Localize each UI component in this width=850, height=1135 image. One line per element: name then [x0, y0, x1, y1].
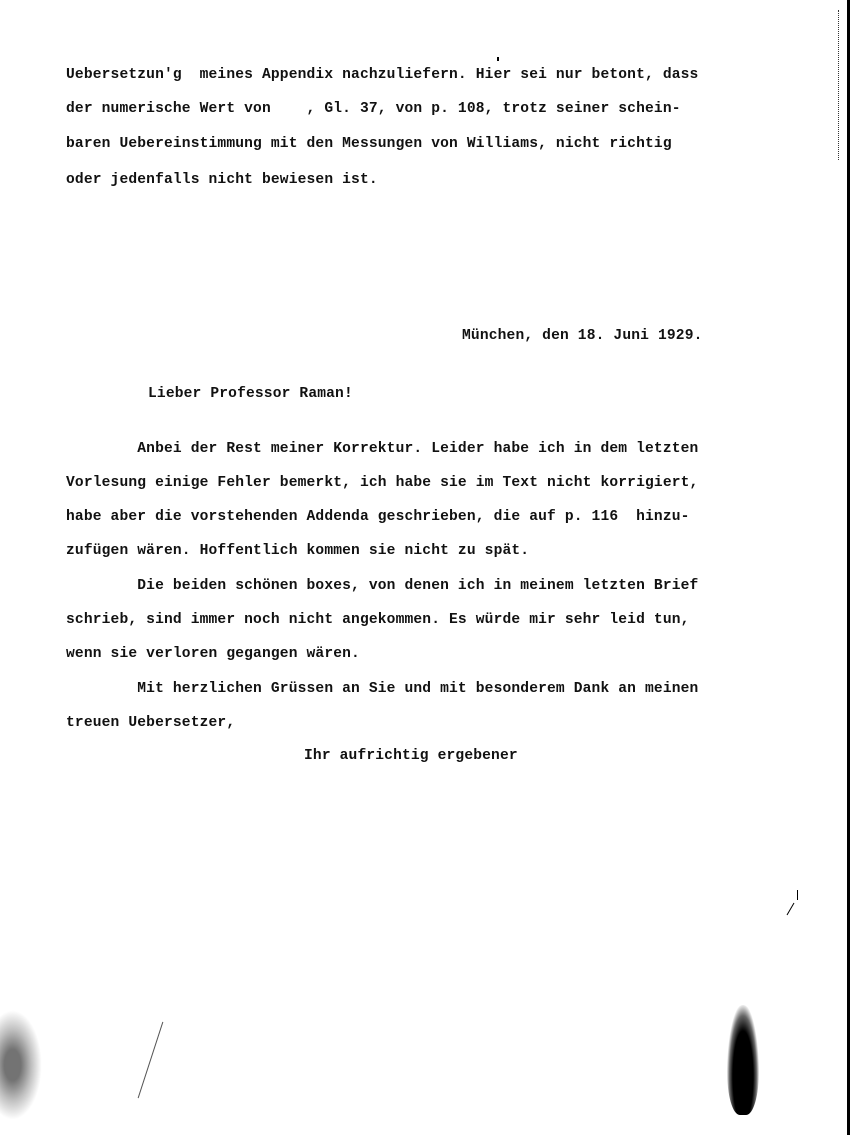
scan-mark	[497, 57, 499, 61]
body-line-4: zufügen wären. Hoffentlich kommen sie ni…	[66, 542, 529, 560]
continuation-line-3: baren Uebereinstimmung mit den Messungen…	[66, 135, 672, 153]
continuation-line-2: der numerische Wert von , Gl. 37, von p.…	[66, 100, 681, 118]
scan-mark	[787, 903, 795, 916]
body-line-5: Die beiden schönen boxes, von denen ich …	[66, 577, 698, 595]
ink-blot	[727, 1005, 759, 1115]
continuation-line-4: oder jedenfalls nicht bewiesen ist.	[66, 171, 378, 189]
body-line-9: treuen Uebersetzer,	[66, 714, 235, 732]
scanned-letter-page: Uebersetzun'g meines Appendix nachzulief…	[0, 0, 850, 1135]
margin-dotted-line	[838, 10, 840, 160]
dateline: München, den 18. Juni 1929.	[462, 327, 703, 345]
body-line-8: Mit herzlichen Grüssen an Sie und mit be…	[66, 680, 698, 698]
body-line-2: Vorlesung einige Fehler bemerkt, ich hab…	[66, 474, 698, 492]
scan-mark	[797, 890, 798, 900]
body-line-1: Anbei der Rest meiner Korrektur. Leider …	[66, 440, 698, 458]
body-line-6: schrieb, sind immer noch nicht angekomme…	[66, 611, 690, 629]
scan-mark	[138, 1022, 164, 1098]
closing: Ihr aufrichtig ergebener	[304, 747, 518, 765]
continuation-line-1: Uebersetzun'g meines Appendix nachzulief…	[66, 66, 698, 84]
scan-noise	[0, 1010, 42, 1120]
body-line-3: habe aber die vorstehenden Addenda gesch…	[66, 508, 690, 526]
body-line-7: wenn sie verloren gegangen wären.	[66, 645, 360, 663]
salutation: Lieber Professor Raman!	[148, 385, 353, 403]
